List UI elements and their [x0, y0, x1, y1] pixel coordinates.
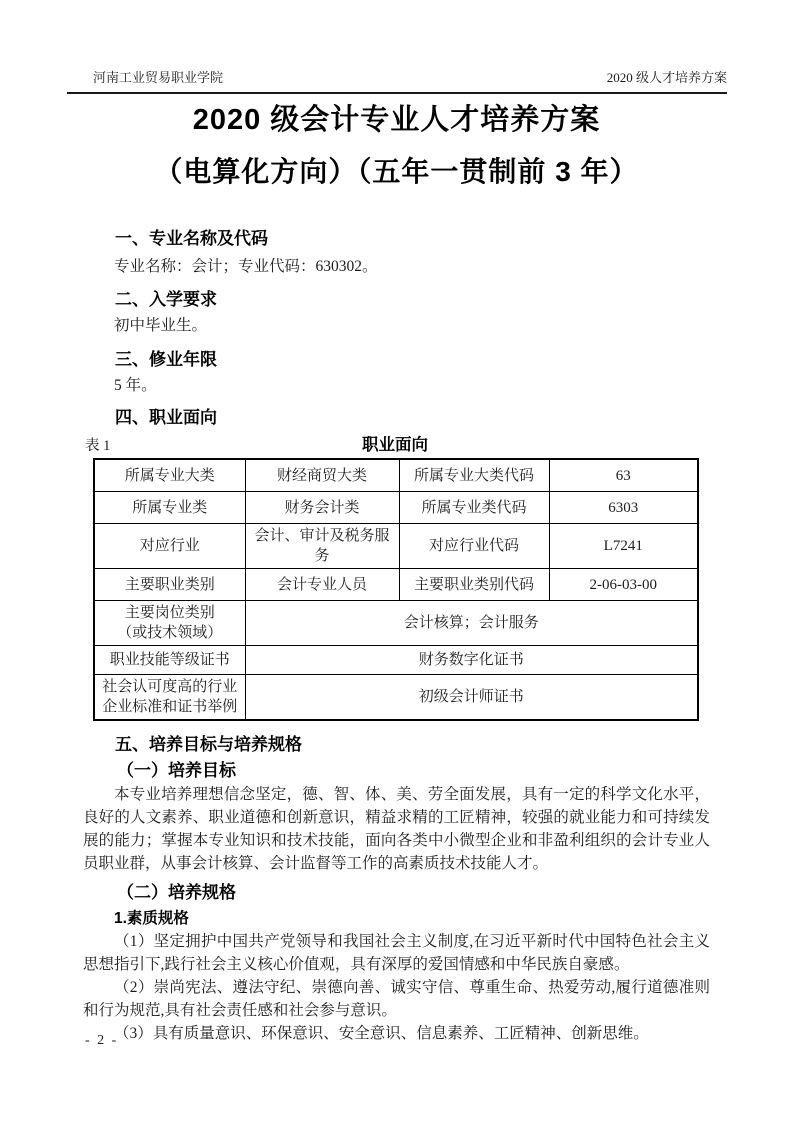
cell-value: 初级会计师证书 [245, 675, 698, 721]
cell-label: 主要岗位类别 （或技术领域） [94, 601, 245, 646]
cell-label: 社会认可度高的行业 企业标准和证书举例 [94, 675, 245, 721]
table-row: 社会认可度高的行业 企业标准和证书举例 初级会计师证书 [94, 675, 698, 721]
cell-value: L7241 [549, 524, 698, 569]
cell-value: 会计专业人员 [245, 569, 399, 601]
cell-label: 对应行业代码 [399, 524, 549, 569]
document-page: 河南工业贸易职业学院 2020 级人才培养方案 2020 级会计专业人才培养方案… [0, 0, 793, 1122]
cell-value: 63 [549, 459, 698, 492]
cell-label: 职业技能等级证书 [94, 646, 245, 675]
table-row: 主要职业类别 会计专业人员 主要职业类别代码 2-06-03-00 [94, 569, 698, 601]
page-title: 2020 级会计专业人才培养方案 [83, 103, 710, 137]
page-number: - 2 - [85, 1033, 118, 1049]
cell-label: 主要职业类别代码 [399, 569, 549, 601]
cell-label: 所属专业大类代码 [399, 459, 549, 492]
subsection-heading-spec: （二）培养规格 [83, 881, 710, 905]
table-row: 职业技能等级证书 财务数字化证书 [94, 646, 698, 675]
training-goal-paragraph: 本专业培养理想信念坚定，德、智、体、美、劳全面发展，具有一定的科学文化水平，良好… [83, 783, 710, 875]
table-row: 所属专业大类 财经商贸大类 所属专业大类代码 63 [94, 459, 698, 492]
quality-spec-item: （1）坚定拥护中国共产党领导和我国社会主义制度,在习近平新时代中国特色社会主义思… [83, 930, 710, 976]
quality-spec-heading: 1.素质规格 [83, 907, 710, 930]
table-row: 对应行业 会计、审计及税务服务 对应行业代码 L7241 [94, 524, 698, 569]
cell-label: 对应行业 [94, 524, 245, 569]
section-body-1: 专业名称：会计；专业代码：630302。 [83, 255, 710, 278]
section-body-3: 5 年。 [83, 374, 710, 397]
cell-label: 所属专业大类 [94, 459, 245, 492]
header-doc-name: 2020 级人才培养方案 [607, 70, 727, 86]
section-heading-4: 四、职业面向 [83, 406, 710, 430]
quality-spec-item: （3）具有质量意识、环保意识、安全意识、信息素养、工匠精神、创新思维。 [83, 1022, 710, 1045]
page-header: 河南工业贸易职业学院 2020 级人才培养方案 [67, 70, 727, 94]
career-orientation-table: 所属专业大类 财经商贸大类 所属专业大类代码 63 所属专业类 财务会计类 所属… [93, 458, 699, 721]
header-school-name: 河南工业贸易职业学院 [67, 70, 223, 86]
quality-spec-item: （2）崇尚宪法、遵法守纪、崇德向善、诚实守信、尊重生命、热爱劳动,履行道德准则和… [83, 976, 710, 1022]
section-heading-3: 三、修业年限 [83, 348, 710, 372]
cell-value: 财务会计类 [245, 492, 399, 524]
cell-value: 会计核算；会计服务 [245, 601, 698, 646]
table-row: 主要岗位类别 （或技术领域） 会计核算；会计服务 [94, 601, 698, 646]
cell-value: 会计、审计及税务服务 [245, 524, 399, 569]
cell-label: 所属专业类代码 [399, 492, 549, 524]
table-row: 所属专业类 财务会计类 所属专业类代码 6303 [94, 492, 698, 524]
cell-value: 财经商贸大类 [245, 459, 399, 492]
cell-value: 财务数字化证书 [245, 646, 698, 675]
section-heading-5: 五、培养目标与培养规格 [83, 733, 710, 757]
document-body: 2020 级会计专业人才培养方案 （电算化方向）（五年一贯制前 3 年） 一、专… [83, 103, 710, 1045]
section-heading-1: 一、专业名称及代码 [83, 227, 710, 251]
cell-label: 所属专业类 [94, 492, 245, 524]
table-title: 职业面向 [93, 431, 697, 455]
subsection-heading-goal: （一）培养目标 [83, 759, 710, 783]
cell-value: 6303 [549, 492, 698, 524]
cell-value: 2-06-03-00 [549, 569, 698, 601]
cell-label: 主要职业类别 [94, 569, 245, 601]
section-heading-2: 二、入学要求 [83, 288, 710, 312]
table-caption: 表 1 职业面向 [93, 433, 697, 455]
section-body-2: 初中毕业生。 [83, 314, 710, 337]
page-subtitle: （电算化方向）（五年一贯制前 3 年） [83, 155, 710, 189]
